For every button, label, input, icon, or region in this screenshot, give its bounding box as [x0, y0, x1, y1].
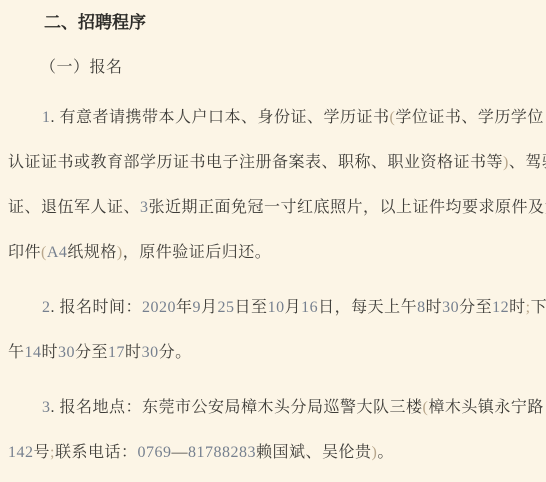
- text-line: 午14时30分至17时30分。: [8, 330, 538, 375]
- recruitment-notice-document: 二、招聘程序 （一）报名 1. 有意者请携带本人户口本、身份证、学历证书(学位证…: [0, 0, 546, 475]
- page: { "page": { "background_color": "#fcf5e6…: [0, 0, 546, 482]
- text-line: 认证证书或教育部学历证书电子注册备案表、职称、职业资格证书等)、驾驶: [8, 140, 538, 185]
- subsection-heading: （一）报名: [40, 45, 538, 90]
- text-line: 1. 有意者请携带本人户口本、身份证、学历证书(学位证书、学历学位: [8, 95, 538, 140]
- text-line: 142号;联系电话：0769—81788283赖国斌、吴伦贵)。: [8, 430, 538, 475]
- text-line: 2. 报名时间：2020年9月25日至10月16日，每天上午8时30分至12时;…: [8, 285, 538, 330]
- paragraph-registration-location: 3. 报名地点：东莞市公安局樟木头分局巡警大队三楼(樟木头镇永宁路 142号;联…: [8, 385, 538, 475]
- text-line: 证、退伍军人证、3张近期正面免冠一寸红底照片，以上证件均要求原件及复: [8, 185, 538, 230]
- text-line: 印件(A4纸规格)，原件验证后归还。: [8, 230, 538, 275]
- paragraph-application-materials: 1. 有意者请携带本人户口本、身份证、学历证书(学位证书、学历学位 认证证书或教…: [8, 95, 538, 275]
- paragraph-registration-time: 2. 报名时间：2020年9月25日至10月16日，每天上午8时30分至12时;…: [8, 285, 538, 375]
- text-line: 3. 报名地点：东莞市公安局樟木头分局巡警大队三楼(樟木头镇永宁路: [8, 385, 538, 430]
- section-heading: 二、招聘程序: [44, 0, 538, 45]
